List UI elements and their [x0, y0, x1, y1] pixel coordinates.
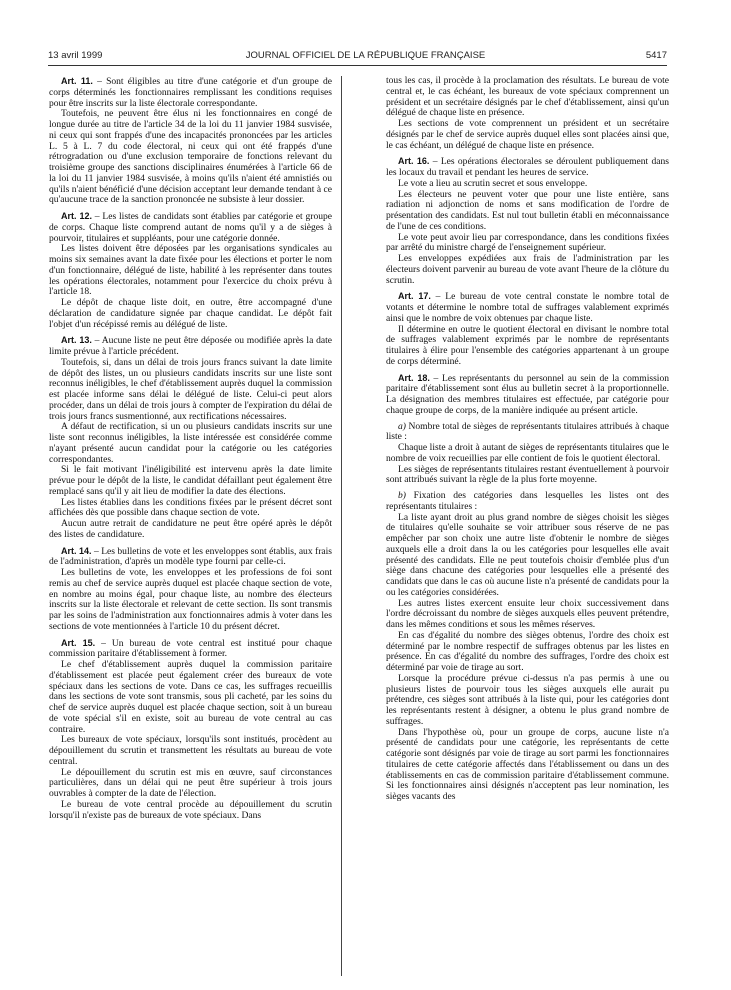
article-label: Art. 15. — [61, 638, 95, 648]
subsection-b: b) Fixation des catégories dans lesquell… — [386, 491, 669, 513]
paragraph: Aucun autre retrait de candidature ne pe… — [49, 519, 332, 541]
paragraph: Les autres listes exercent ensuite leur … — [386, 599, 669, 631]
paragraph: Dans l'hypothèse où, pour un groupe de c… — [386, 728, 669, 803]
article-label: Art. 18. — [398, 373, 430, 383]
paragraph: Les listes doivent être déposées par les… — [49, 244, 332, 298]
paragraph: Les sections de vote comprennent un prés… — [386, 119, 669, 151]
paragraph: Si le fait motivant l'inéligibilité est … — [49, 465, 332, 497]
article-18: Art. 18. – Les représentants du personne… — [386, 373, 669, 417]
paragraph: Le dépôt de chaque liste doit, en outre,… — [49, 298, 332, 330]
journal-title: JOURNAL OFFICIEL DE LA RÉPUBLIQUE FRANÇA… — [0, 50, 731, 61]
article-16: Art. 16. – Les opérations électorales se… — [386, 156, 669, 179]
paragraph: Toutefois, si, dans un délai de trois jo… — [49, 358, 332, 423]
left-column: Art. 11. – Sont éligibles au titre d'une… — [49, 76, 332, 821]
paragraph: Les bureaux de vote spéciaux, lorsqu'ils… — [49, 735, 332, 767]
paragraph: Le vote a lieu au scrutin secret et sous… — [386, 179, 669, 190]
article-17: Art. 17. – Le bureau de vote central con… — [386, 291, 669, 324]
paragraph: Le chef d'établissement auprès duquel la… — [49, 660, 332, 735]
paragraph: La liste ayant droit au plus grand nombr… — [386, 513, 669, 599]
paragraph-continuation: tous les cas, il procède à la proclamati… — [386, 76, 669, 119]
paragraph: Les sièges de représentants titulaires r… — [386, 465, 669, 487]
paragraph: Les bulletins de vote, les enveloppes et… — [49, 568, 332, 633]
article-14: Art. 14. – Les bulletins de vote et les … — [49, 546, 332, 569]
paragraph: Lorsque la procédure prévue ci-dessus n'… — [386, 674, 669, 728]
paragraph: En cas d'égalité du nombre des sièges ob… — [386, 631, 669, 674]
article-12: Art. 12. – Les listes de candidats sont … — [49, 211, 332, 244]
paragraph: Il détermine en outre le quotient électo… — [386, 325, 669, 368]
subsection-a: a) Nombre total de sièges de représentan… — [386, 422, 669, 444]
article-label: Art. 13. — [61, 335, 92, 345]
article-15: Art. 15. – Un bureau de vote central est… — [49, 638, 332, 661]
paragraph: Les enveloppes expédiées aux frais de l'… — [386, 254, 669, 286]
column-divider — [341, 76, 342, 976]
article-label: Art. 12. — [61, 211, 92, 221]
header-rule — [48, 65, 667, 66]
paragraph: A défaut de rectification, si un ou plus… — [49, 422, 332, 465]
subsection-marker: b) — [398, 490, 406, 501]
article-11: Art. 11. – Sont éligibles au titre d'une… — [49, 76, 332, 109]
page-number: 5417 — [646, 50, 667, 61]
paragraph: Le bureau de vote central procède au dép… — [49, 800, 332, 822]
article-label: Art. 14. — [61, 546, 92, 556]
article-13: Art. 13. – Aucune liste ne peut être dép… — [49, 335, 332, 358]
article-label: Art. 11. — [61, 76, 93, 86]
article-label: Art. 16. — [398, 156, 429, 166]
right-column: tous les cas, il procède à la proclamati… — [386, 76, 669, 803]
paragraph: Les listes établies dans les conditions … — [49, 498, 332, 520]
paragraph: Toutefois, ne peuvent être élus ni les f… — [49, 109, 332, 206]
paragraph: Chaque liste a droit à autant de sièges … — [386, 443, 669, 465]
paragraph: Le vote peut avoir lieu par correspondan… — [386, 233, 669, 255]
paragraph: Les électeurs ne peuvent voter que pour … — [386, 190, 669, 233]
article-label: Art. 17. — [398, 291, 431, 301]
paragraph: Le dépouillement du scrutin est mis en œ… — [49, 768, 332, 800]
subsection-marker: a) — [398, 421, 406, 432]
